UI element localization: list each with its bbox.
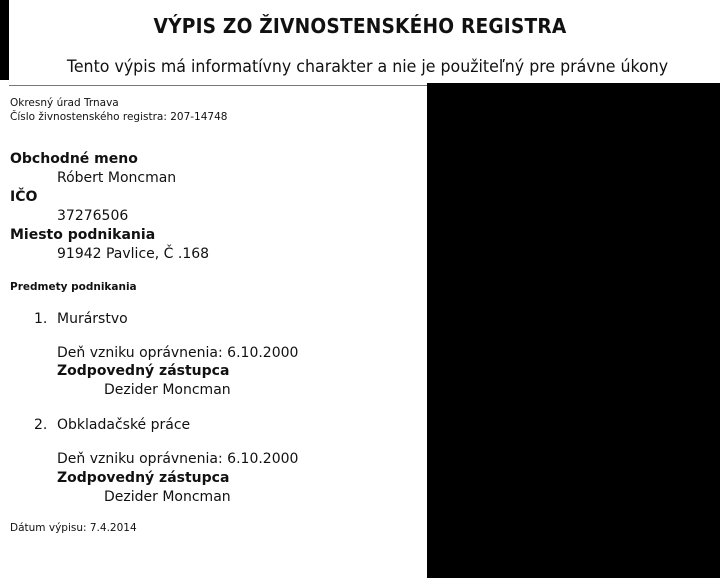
activities-label: Predmety podnikania [10,281,137,293]
office-name: Okresný úrad Trnava [10,97,119,109]
representative-name: Dezider Moncman [104,489,231,505]
representative-name: Dezider Moncman [104,382,231,398]
ico-label: IČO [10,189,37,205]
register-number: Číslo živnostenského registra: 207-14748 [10,111,227,123]
activity-name: Obkladačské práce [57,417,190,433]
business-name-value: Róbert Moncman [57,170,176,186]
activity-start-date: Deň vzniku oprávnenia: 6.10.2000 [57,345,298,361]
activity-number: 1. [34,311,47,327]
location-label: Miesto podnikania [10,227,155,243]
activity-name: Murárstvo [57,311,128,327]
redaction-bar-left [0,0,9,80]
representative-label: Zodpovedný zástupca [57,470,229,486]
document-subtitle: Tento výpis má informatívny charakter a … [26,57,710,77]
document-title: VÝPIS ZO ŽIVNOSTENSKÉHO REGISTRA [25,14,695,38]
activity-start-date: Deň vzniku oprávnenia: 6.10.2000 [57,451,298,467]
business-name-label: Obchodné meno [10,151,138,167]
representative-label: Zodpovedný zástupca [57,363,229,379]
extract-date: Dátum výpisu: 7.4.2014 [10,522,137,534]
redaction-block [427,83,720,578]
ico-value: 37276506 [57,208,128,224]
activity-number: 2. [34,417,47,433]
location-value: 91942 Pavlice, Č .168 [57,246,209,262]
divider [9,85,427,86]
